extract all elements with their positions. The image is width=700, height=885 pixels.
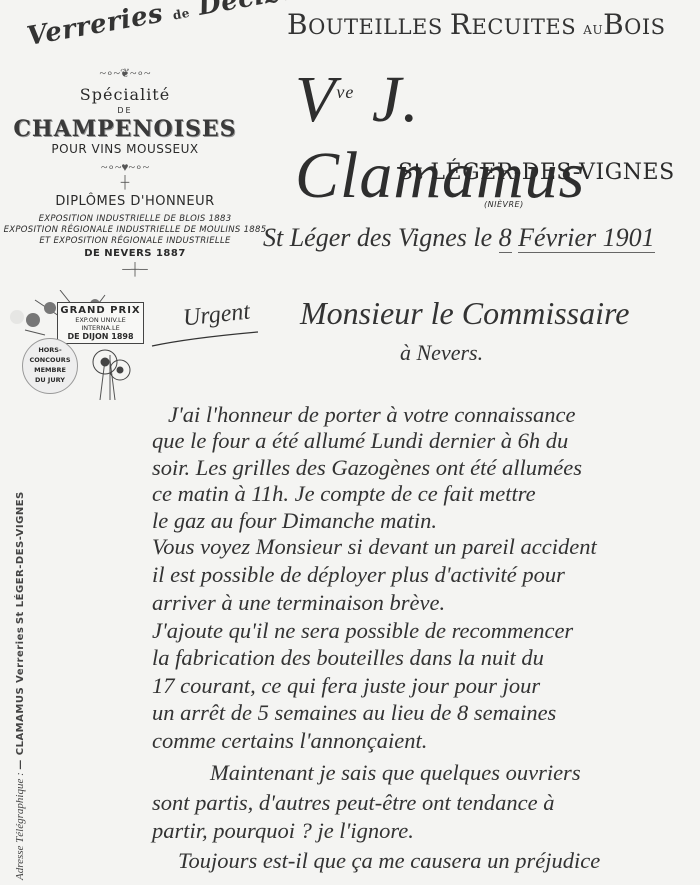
membre-label: MEMBRE [23,365,77,375]
initial-r: R [450,8,472,41]
product-heading: BOUTEILLES RECUITES AUBOIS [287,8,666,41]
letter-line: le gaz au four Dimanche matin. [152,508,437,534]
letter-line: un arrêt de 5 semaines au lieu de 8 sema… [152,700,556,726]
ornament-heart-icon: ~∘~♥~∘~┼ [0,160,250,190]
expo-nevers: DE NEVERS 1887 [0,248,270,259]
company-place: Decize [196,0,299,22]
letter-line: J'ajoute qu'il ne sera possible de recom… [152,618,573,644]
urgent-mark: Urgent [182,299,252,333]
underline-flourish-icon [150,330,260,348]
word-recuites: ECUITES [472,15,584,39]
owner-name: Vve J. Clamamus [295,62,700,214]
letter-line: Toujours est-il que ça me causera un pré… [178,848,600,874]
initial-b: B [287,8,308,41]
diplomes-heading: DIPLÔMES D'HONNEUR [0,194,270,209]
punch-hole [10,310,24,324]
word-bouteilles: OUTEILLES [308,15,450,39]
jury-label: DU JURY [23,375,77,385]
owner-sup: ve [336,82,354,102]
town-heading: St LÉGER-DES-VIGNES [398,160,675,185]
letter-line: Vous voyez Monsieur si devant un pareil … [152,534,597,560]
telegraph-town: St LÉGER-DES-VIGNES [15,491,26,624]
expo-regionale: ET EXPOSITION RÉGIONALE INDUSTRIELLE [0,236,270,246]
department-label: (NIÈVRE) [484,200,524,209]
hors-concours-medal: HORS-CONCOURS MEMBRE DU JURY [22,338,78,394]
letter-line: ce matin à 11h. Je compte de ce fait met… [152,481,536,507]
word-bois: OIS [624,15,665,39]
letter-line: 17 courant, ce qui fera juste jour pour … [152,673,540,699]
place-prefix: St Léger des Vignes le [263,223,492,252]
grand-prix-expo: EXP.ON UNIV.LE INTERNA.LE [58,316,143,332]
letter-line: il est possible de déployer plus d'activ… [152,562,565,588]
owner-prefix: V [295,63,336,136]
telegraphic-address: Adresse Télégraphique : — CLAMAMUS Verre… [14,491,26,880]
expo-moulins: EXPOSITION RÉGIONALE INDUSTRIELLE DE MOU… [0,225,270,235]
addressee: Monsieur le Commissaire [300,295,629,332]
specialite-label: Spécialité [0,85,250,104]
hors-concours-label: HORS-CONCOURS [23,345,77,365]
place-date-line: St Léger des Vignes le 8 Février 1901 [263,223,655,253]
date-month-year: Février 1901 [518,223,654,253]
de-label: DE [0,106,250,115]
grand-prix-title: GRAND PRIX [58,305,143,316]
letter-line: soir. Les grilles des Gazogènes ont été … [152,455,582,481]
letter-line: sont partis, d'autres peut-être ont tend… [152,790,554,816]
addressee-city: à Nevers. [400,340,483,366]
letter-line: Maintenant je sais que quelques ouvriers [210,760,581,786]
letter-line: J'ai l'honneur de porter à votre connais… [168,402,575,428]
initial-b2: B [603,8,624,41]
telegraph-label: Adresse Télégraphique : [14,772,26,880]
ornament-flourish-icon: ~∘~❦~∘~ [0,66,250,81]
grand-prix-place: DE DIJON 1898 [58,332,143,341]
letter-line: partir, pourquoi ? je l'ignore. [152,818,414,844]
company-de: de [172,6,191,23]
letter-line: que le four a été allumé Lundi dernier à… [152,428,568,454]
grand-prix-box: GRAND PRIX EXP.ON UNIV.LE INTERNA.LE DE … [57,302,144,344]
ornament-star-icon: ─┼─ [0,262,270,277]
letter-line: arriver à une terminaison brève. [152,590,445,616]
letter-line: la fabrication des bouteilles dans la nu… [152,645,544,671]
vins-mousseux-label: POUR VINS MOUSSEUX [0,142,250,156]
company-name: Verreries de Decize [25,0,299,52]
telegraph-value: — CLAMAMUS Verreries [15,627,26,770]
date-day: 8 [499,223,512,253]
champenoises-title: CHAMPENOISES [0,116,250,142]
letter-line: comme certains l'annonçaient. [152,728,427,754]
company-word: Verreries [25,0,166,52]
word-au: AU [583,23,603,37]
expo-blois: EXPOSITION INDUSTRIELLE DE BLOIS 1883 [0,214,270,224]
